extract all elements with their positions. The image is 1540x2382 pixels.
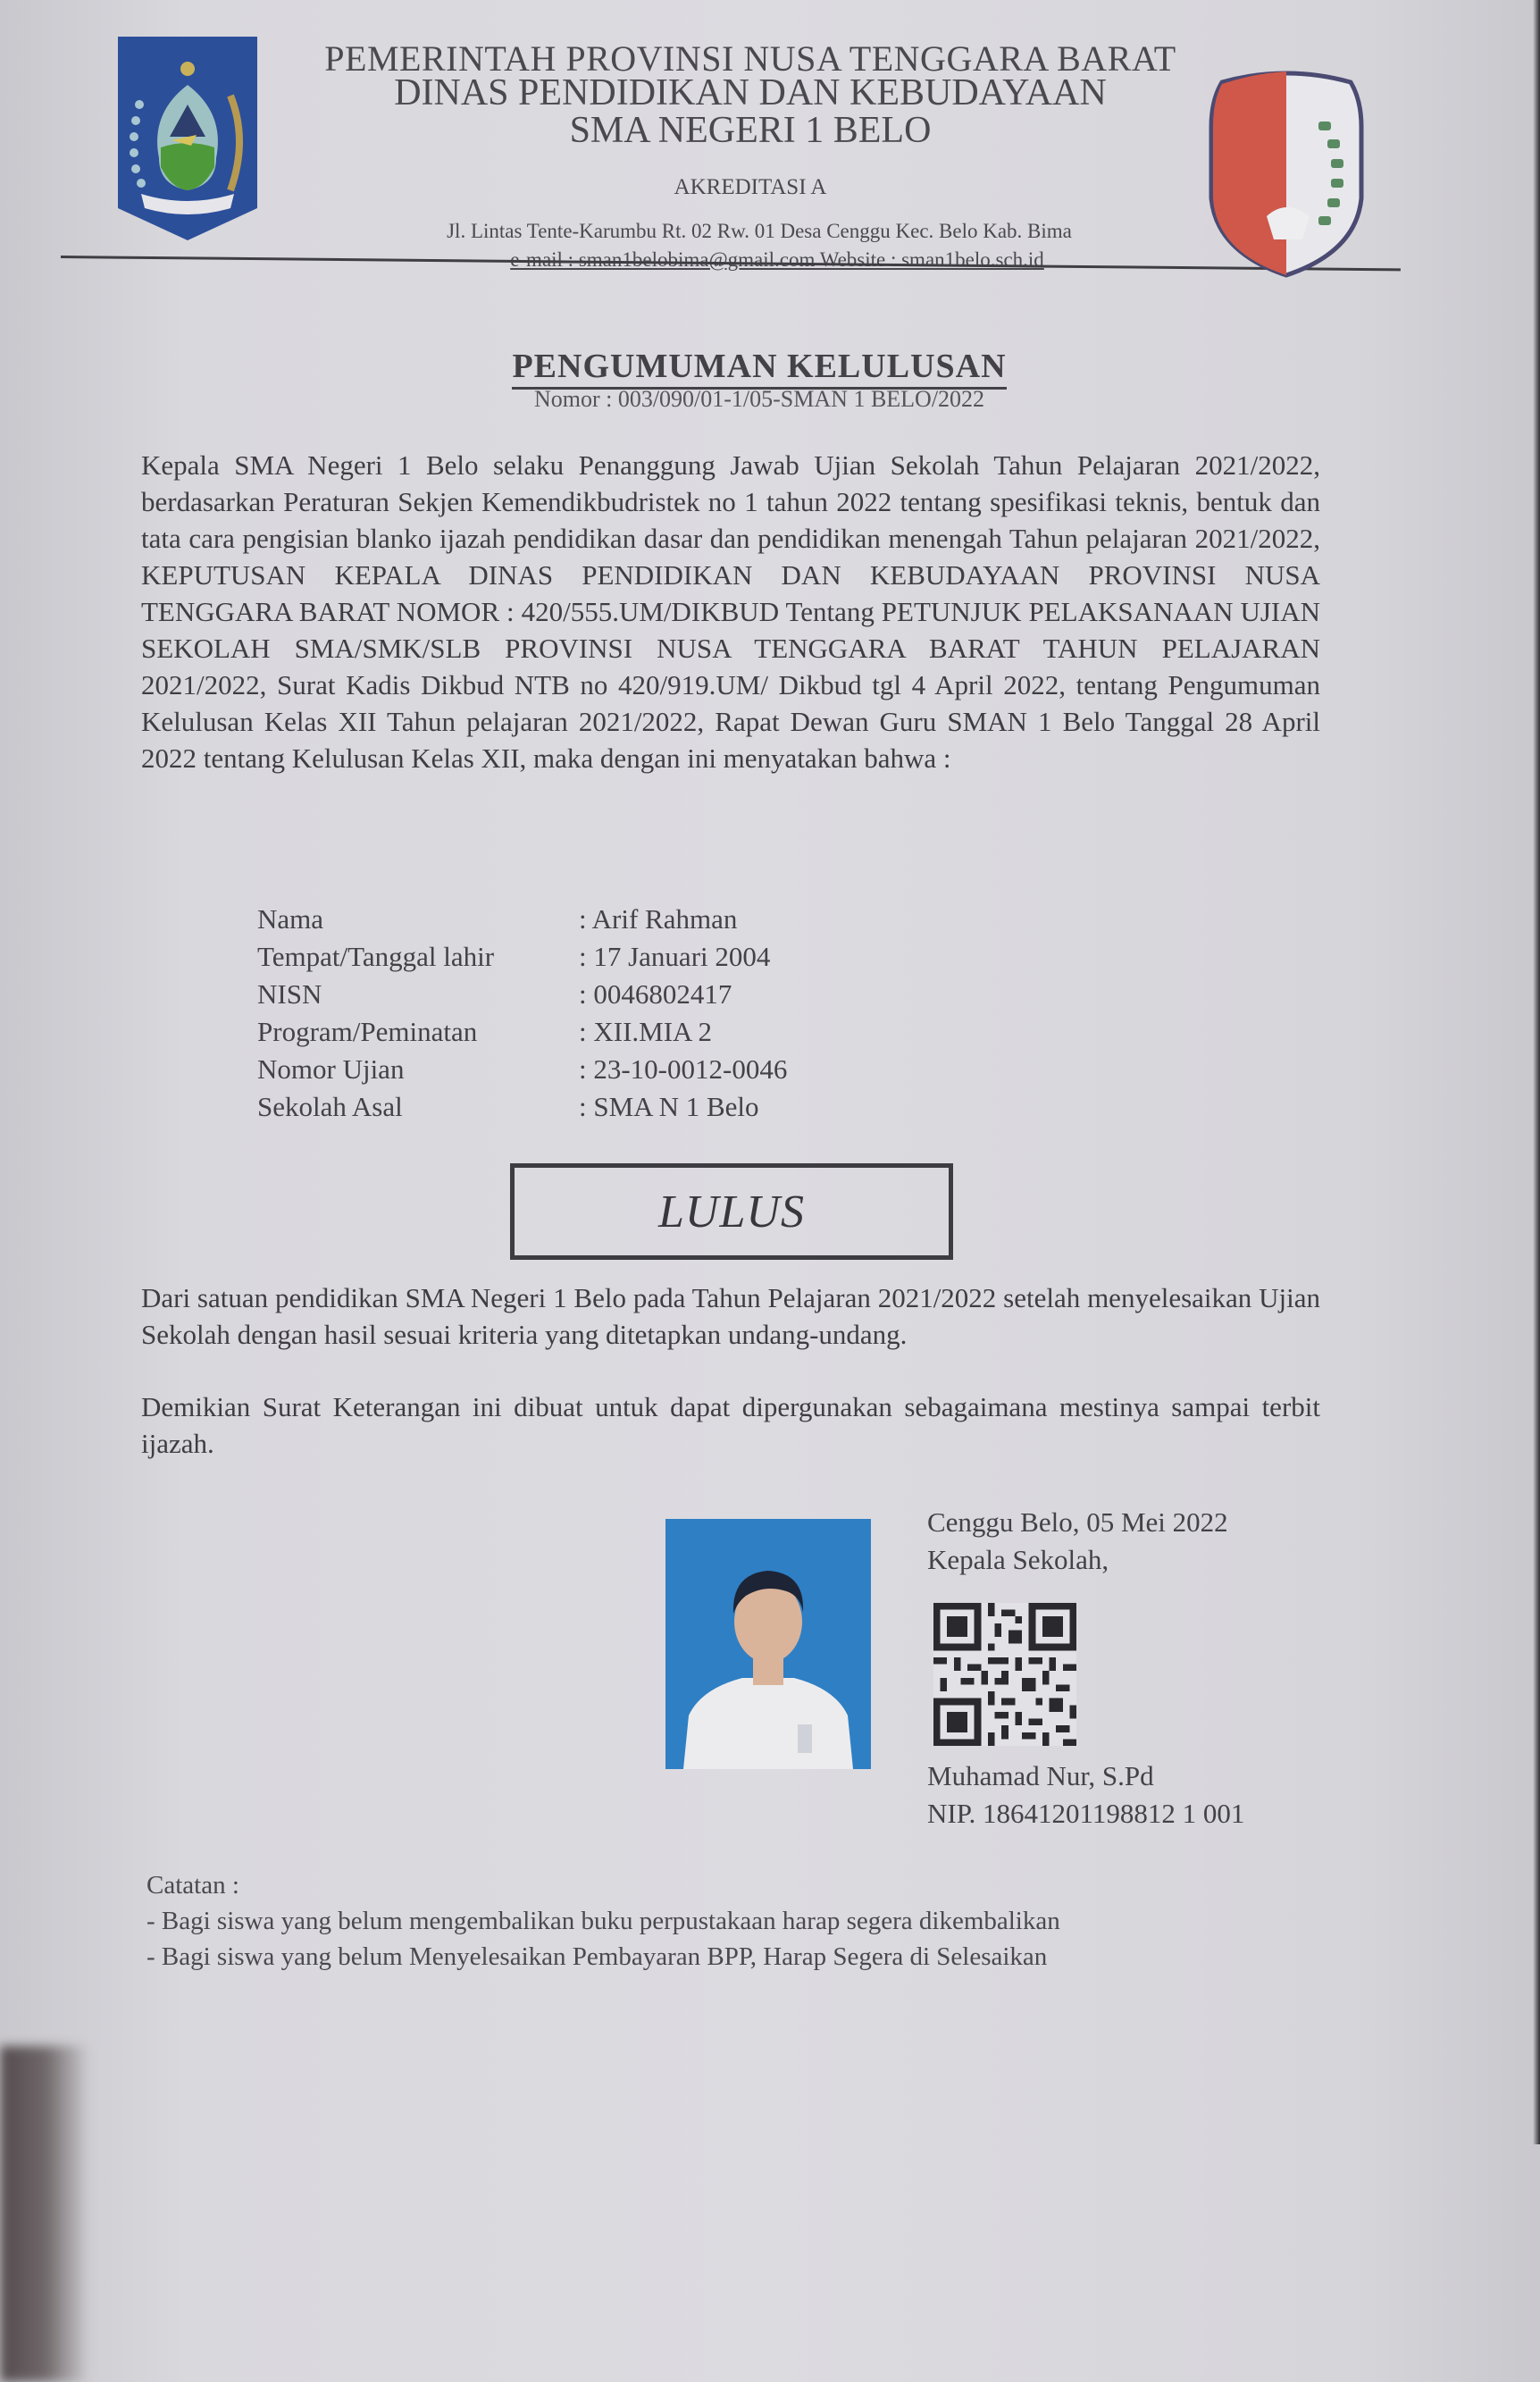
closing-paragraph-1: Dari satuan pendidikan SMA Negeri 1 Belo… bbox=[141, 1279, 1320, 1353]
field-label: Sekolah Asal bbox=[257, 1088, 579, 1126]
document-page: PEMERINTAH PROVINSI NUSA TENGGARA BARAT … bbox=[0, 0, 1540, 2382]
field-value: : XII.MIA 2 bbox=[579, 1013, 787, 1051]
table-row: Sekolah Asal : SMA N 1 Belo bbox=[257, 1088, 787, 1126]
signatory-name: Muhamad Nur, S.Pd bbox=[927, 1760, 1154, 1792]
announcement-title-text: PENGUMUMAN KELULUSAN bbox=[512, 348, 1006, 390]
field-label: Nama bbox=[257, 901, 579, 938]
signatory-nip: NIP. 18641201198812 1 001 bbox=[927, 1798, 1244, 1830]
field-label: Program/Peminatan bbox=[257, 1013, 579, 1051]
closing-paragraph-2: Demikian Surat Keterangan ini dibuat unt… bbox=[141, 1388, 1320, 1462]
table-row: Nomor Ujian : 23-10-0012-0046 bbox=[257, 1051, 787, 1088]
notes-section: Catatan : - Bagi siswa yang belum mengem… bbox=[146, 1867, 1060, 1975]
result-status-box: LULUS bbox=[510, 1163, 953, 1260]
student-photo bbox=[665, 1519, 871, 1769]
notes-heading: Catatan : bbox=[146, 1867, 1060, 1903]
table-row: Program/Peminatan : XII.MIA 2 bbox=[257, 1013, 787, 1051]
photo-shadow bbox=[0, 2046, 89, 2382]
header-department: DINAS PENDIDIKAN DAN KEBUDAYAAN bbox=[304, 71, 1197, 114]
header-address: Jl. Lintas Tente-Karumbu Rt. 02 Rw. 01 D… bbox=[348, 220, 1170, 243]
table-row: Tempat/Tanggal lahir : 17 Januari 2004 bbox=[257, 938, 787, 976]
field-value: : 23-10-0012-0046 bbox=[579, 1051, 787, 1088]
announcement-title: PENGUMUMAN KELULUSAN bbox=[339, 347, 1179, 386]
qr-code-icon bbox=[931, 1603, 1079, 1746]
field-value: : SMA N 1 Belo bbox=[579, 1088, 787, 1126]
student-info-table: Nama : Arif Rahman Tempat/Tanggal lahir … bbox=[257, 901, 787, 1126]
list-item: - Bagi siswa yang belum Menyelesaikan Pe… bbox=[146, 1939, 1060, 1975]
field-label: NISN bbox=[257, 976, 579, 1013]
list-item: - Bagi siswa yang belum mengembalikan bu… bbox=[146, 1903, 1060, 1939]
field-value: : 17 Januari 2004 bbox=[579, 938, 787, 976]
provincial-emblem-icon bbox=[114, 33, 261, 242]
field-value: : Arif Rahman bbox=[579, 901, 787, 938]
result-status-text: LULUS bbox=[658, 1186, 805, 1238]
regency-emblem-icon bbox=[1204, 64, 1368, 279]
header-school-name: SMA NEGERI 1 BELO bbox=[304, 109, 1197, 152]
field-value: : 0046802417 bbox=[579, 976, 787, 1013]
signature-position: Kepala Sekolah, bbox=[927, 1544, 1109, 1576]
table-row: NISN : 0046802417 bbox=[257, 976, 787, 1013]
signature-place-date: Cenggu Belo, 05 Mei 2022 bbox=[927, 1506, 1228, 1539]
intro-paragraph: Kepala SMA Negeri 1 Belo selaku Penanggu… bbox=[141, 447, 1320, 776]
header-accreditation: AKREDITASI A bbox=[304, 175, 1197, 200]
field-label: Tempat/Tanggal lahir bbox=[257, 938, 579, 976]
announcement-number: Nomor : 003/090/01-1/05-SMAN 1 BELO/2022 bbox=[339, 386, 1179, 413]
paper-edge bbox=[1533, 0, 1540, 2144]
table-row: Nama : Arif Rahman bbox=[257, 901, 787, 938]
field-label: Nomor Ujian bbox=[257, 1051, 579, 1088]
